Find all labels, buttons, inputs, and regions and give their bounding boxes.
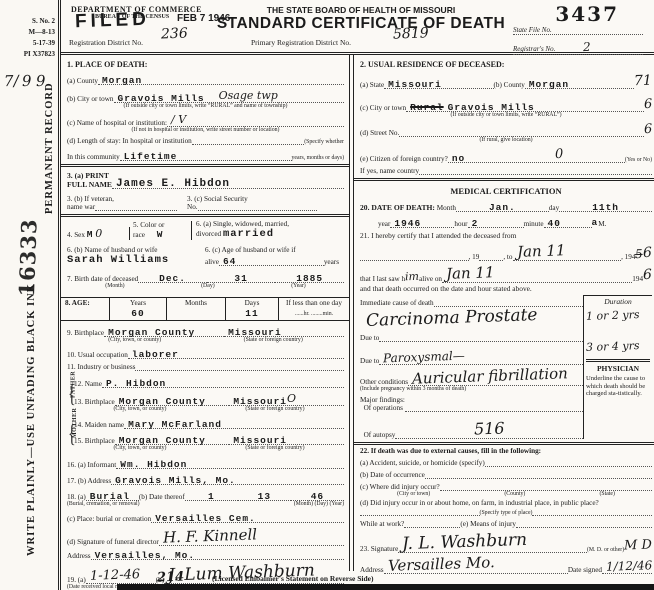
- underline-instruction: Underline the cause to which death shoul…: [586, 375, 650, 398]
- citizen-handwritten: 0: [555, 147, 564, 162]
- birthplace-city: Morgan County: [108, 327, 195, 338]
- section-birthplace-occupation: 9. Birthplace Morgan County Missouri (Ci…: [61, 321, 349, 374]
- registration-district-label: Registration District No.: [69, 38, 143, 47]
- burial-place-label: (c) Place: burial or cremation: [67, 515, 151, 523]
- print-name-label-2: FULL NAME: [67, 180, 112, 189]
- dod-ampm: a: [592, 217, 599, 228]
- certify-line-1: 21. I hereby certify that I attended the…: [360, 232, 652, 240]
- primary-district-label: Primary Registration District No.: [251, 38, 351, 47]
- informant-value: Wm. Hibdon: [120, 459, 187, 470]
- birthplace-state: Missouri: [228, 327, 282, 338]
- veteran-label-2: name war: [67, 203, 95, 211]
- attended-to-date: Jan 11: [516, 241, 565, 261]
- res-county-label: (b) County: [494, 81, 525, 89]
- injury-county-note: (County): [504, 491, 525, 497]
- to-label: , to: [503, 253, 512, 261]
- father-name-label: 12. Name: [74, 380, 102, 388]
- duration-label: Duration: [586, 297, 650, 306]
- res-county-handwritten: 71: [634, 73, 652, 90]
- father-birthplace-handwritten: O: [287, 392, 296, 405]
- margin-strip: S. No. 2 M—8-13 5-17-39 PI X37823 7/ 9 9…: [0, 0, 58, 590]
- spouse-label: 6. (b) Name of husband or wife: [67, 246, 157, 254]
- registrar-number: 2: [583, 40, 591, 54]
- community-label: In this community: [67, 153, 120, 161]
- res-county-value: Morgan: [529, 79, 569, 90]
- funeral-address-value: Versailles, Mo.: [95, 550, 196, 561]
- last-seen-date: Jan 11: [446, 263, 495, 283]
- death-certificate-scan: S. No. 2 M—8-13 5-17-39 PI X37823 7/ 9 9…: [0, 0, 654, 590]
- county-value: Morgan: [102, 75, 142, 86]
- left-column: 1. PLACE OF DEATH: (a) County Morgan (b)…: [61, 55, 349, 583]
- burial-place-value: Versailles Cem.: [155, 513, 256, 524]
- autopsy-label: Of autopsy: [364, 431, 396, 439]
- sex-value: M: [87, 229, 94, 240]
- marital-label-1: 6. (a) Single, widowed, married,: [196, 220, 289, 228]
- county-label: (a) County: [67, 77, 98, 85]
- md-note: (M. D. or other): [587, 547, 624, 553]
- dod-month-label: Month: [437, 204, 456, 212]
- color-value: W: [157, 229, 164, 240]
- dod-m-label: M.: [598, 220, 606, 228]
- margin-handwritten-marks: 7/ 9 9: [4, 66, 45, 97]
- father-block: FATHER { 12. Name P. Hibdon 13. Birthpla…: [61, 374, 349, 415]
- birthdate-day: 31: [234, 273, 247, 284]
- injury-state-note: (State): [599, 491, 614, 497]
- specify-note-2: years, months or days): [292, 155, 344, 161]
- marital-label-2: divorced: [196, 230, 221, 238]
- spouse-age-label-1: 6. (c) Age of husband or wife if: [205, 246, 296, 254]
- margin-vertical-text: WRITE PLAINLY—USE UNFADING BLACK INK: [26, 283, 37, 556]
- year-print: , 194: [621, 253, 635, 261]
- section-place-of-death: 1. PLACE OF DEATH: (a) County Morgan (b)…: [61, 55, 349, 164]
- color-label-1: 5. Color or: [133, 221, 164, 229]
- md-handwritten: M D: [624, 538, 652, 554]
- mother-brace: {: [68, 403, 76, 465]
- state-label: (a) State: [360, 81, 384, 89]
- dod-day: 11th: [592, 202, 619, 213]
- medical-certification-title: MEDICAL CERTIFICATION: [360, 186, 652, 196]
- funeral-director-label: (d) Signature of funeral director: [67, 538, 159, 546]
- spouse-age-value: 64: [223, 256, 236, 267]
- mother-maiden-value: Mary McFarland: [128, 419, 222, 430]
- physician-label: PHYSICIAN: [586, 359, 650, 373]
- occurred-line: and that death occurred on the date and …: [360, 285, 652, 293]
- street-handwritten: 6: [643, 122, 652, 137]
- scan-edge-bar: [117, 584, 654, 590]
- full-name-value: James E. Hibdon: [116, 178, 230, 190]
- immediate-cause-value: Carcinoma Prostate: [366, 305, 538, 331]
- form-code: S. No. 2: [24, 16, 55, 27]
- date-signed-value: 1/12/46: [606, 558, 653, 574]
- place-type-note: (Specify type of place): [480, 510, 533, 516]
- marital-value: married: [223, 228, 274, 240]
- burial-label: 18. (a): [67, 493, 86, 501]
- duration-value-2: 3 or 4 yrs: [586, 339, 640, 354]
- occupation-label: 10. Usual occupation: [67, 351, 128, 359]
- date-signed-label: Date signed: [568, 566, 602, 574]
- paroxysmal-handwritten: Paroxysmal—: [383, 349, 465, 366]
- color-label-2: race: [133, 231, 145, 239]
- physician-signature-label: 23. Signature: [360, 545, 398, 553]
- immediate-cause-label: Immediate cause of death: [360, 299, 434, 307]
- min-label: min.: [323, 311, 333, 317]
- physician-address-value: Versailles Mo.: [387, 553, 494, 575]
- embalmer-note: (Licensed Embalmer's Statement on Revers…: [212, 574, 373, 583]
- res-city-label: (c) City or town: [360, 104, 406, 112]
- spouse-name-value: Sarah Williams: [67, 254, 169, 266]
- res-city-struck: Rural: [410, 102, 444, 113]
- age-years-value: 60: [114, 308, 162, 319]
- spouse-age-unit: years: [324, 258, 339, 266]
- community-value: Lifetime: [124, 151, 178, 162]
- dod-year: 1946: [394, 218, 421, 229]
- mother-block: MOTHER { 14. Maiden name Mary McFarland …: [61, 415, 349, 454]
- citizen-value: no: [452, 153, 465, 164]
- sex-label: 4. Sex: [67, 231, 85, 239]
- section-personal: 4. Sex M 0 5. Color or race W 6. (a) Sin…: [61, 217, 349, 292]
- father-name-value: P. Hibdon: [106, 378, 166, 389]
- day-note: (Day): [201, 283, 215, 289]
- state-file-label: State File No.: [513, 26, 643, 35]
- section22-title: 22. If death was due to external causes,…: [360, 447, 652, 455]
- margin-vertical-text-2: PERMANENT RECORD: [44, 82, 55, 214]
- specify-note-1: (Specify whether: [304, 139, 344, 145]
- other-conditions-value: Auricular fibrillation: [412, 365, 568, 388]
- received-label: 19. (a): [67, 576, 86, 584]
- right-column: 2. USUAL RESIDENCE OF DECEASED: (a) Stat…: [354, 55, 654, 583]
- street-label: (d) Street No.: [360, 129, 399, 137]
- form-code: M—8-13: [24, 27, 55, 38]
- age-less-label: If less than one day: [286, 299, 342, 307]
- primary-district-number: 5819: [393, 25, 429, 42]
- alive-on-label: alive on: [419, 275, 442, 283]
- major-findings-label: Major findings:: [360, 396, 405, 404]
- due-to-label-1: Due to: [360, 334, 379, 342]
- mother-birthplace-city: Morgan County: [119, 435, 206, 446]
- mother-birthplace-label: 15. Birthplace: [74, 437, 115, 445]
- mother-birthplace-state: Missouri: [233, 435, 287, 446]
- age-label: 8. AGE:: [65, 299, 90, 307]
- father-birthplace-city: Morgan County: [119, 396, 206, 407]
- form-codes: S. No. 2 M—8-13 5-17-39 PI X37823: [24, 16, 55, 60]
- dod-day-label: day: [549, 204, 559, 212]
- filed-stamp: FILED: [75, 9, 151, 34]
- state-file-number: 3437: [555, 2, 619, 26]
- dod-hour: 2: [472, 218, 479, 229]
- dod-hour-label: hour: [454, 220, 467, 228]
- footer-row: 214 (Licensed Embalmer's Statement on Re…: [157, 570, 373, 585]
- him-handwritten: im: [405, 270, 419, 283]
- hospital-handwritten-marks: / V: [171, 113, 186, 126]
- other-conditions-note: (Include pregnancy within 3 months of de…: [360, 386, 583, 392]
- ssn-label-1: 3. (c) Social Security: [187, 195, 248, 203]
- handwritten-mark: 9: [22, 66, 33, 96]
- burial-month: 1: [208, 491, 215, 502]
- last-saw-label: that I last saw h: [360, 275, 405, 283]
- cause-of-death-block: Immediate cause of death Carcinoma Prost…: [360, 295, 652, 439]
- mother-maiden-label: 14. Maiden name: [74, 421, 124, 429]
- informant-address-label: 17. (b) Address: [67, 477, 111, 485]
- due-to-label-2: Due to: [360, 357, 379, 365]
- occupation-value: laborer: [132, 349, 179, 360]
- while-at-work-label: While at work?: [360, 520, 404, 528]
- section-full-name: 3. (a) PRINTFULL NAME James E. Hibdon 3.…: [61, 167, 349, 214]
- burial-day: 13: [258, 491, 271, 502]
- city-label: (b) City or town: [67, 95, 114, 103]
- age-table: 8. AGE: Years 60 Months Days 11 If less …: [61, 297, 349, 321]
- birthdate-month: Dec.: [159, 273, 186, 284]
- age-months-label: Months: [185, 299, 207, 307]
- year-handwritten-2: 6: [643, 267, 652, 283]
- print-name-label-1: 3. (a) PRINT: [67, 171, 109, 180]
- date-received-value: 1-12-46: [90, 567, 141, 584]
- hospital-note: (If not in hospital or institution, writ…: [67, 127, 344, 133]
- accident-label: (a) Accident, suicide, or homicide (spec…: [360, 459, 485, 467]
- blank-19: , 19: [469, 253, 480, 261]
- section-residence: 2. USUAL RESIDENCE OF DECEASED: (a) Stat…: [354, 55, 654, 178]
- hr-label: hr.: [304, 311, 310, 317]
- board-title: THE STATE BOARD OF HEALTH OF MISSOURI: [211, 5, 511, 15]
- father-birthplace-label: 13. Birthplace: [74, 398, 115, 406]
- month-note: (Month): [105, 283, 124, 289]
- dod-minute-label: minute: [524, 220, 544, 228]
- length-of-stay-label: (d) Length of stay: In hospital or insti…: [67, 137, 192, 145]
- handwritten-mark: 7/: [3, 66, 19, 96]
- physician-signature: J. L. Washburn: [402, 530, 528, 554]
- file-number-stamp: 16333: [14, 218, 42, 297]
- age-days-label: Days: [245, 299, 260, 307]
- city-note: (If outside city or town limits, write “…: [67, 103, 344, 109]
- injury-city-note: (City or town): [397, 491, 430, 497]
- year-handwritten-1: 6: [643, 245, 652, 261]
- registration-district-number: 236: [161, 26, 188, 43]
- informant-address-value: Gravois Mills, Mo.: [115, 475, 236, 486]
- funeral-director-signature: H. F. Kinnell: [163, 525, 258, 546]
- date-thereof-label: (b) Date thereof: [139, 493, 185, 501]
- injury-home-label: (d) Did injury occur in or about home, o…: [360, 499, 652, 507]
- section1-title: 1. PLACE OF DEATH:: [67, 60, 344, 69]
- dod-year-label: year: [378, 220, 390, 228]
- funeral-address-label: Address: [67, 552, 91, 560]
- registrar-number-row: Registrar's No.2: [513, 40, 643, 55]
- autopsy-handwritten: 516: [474, 419, 505, 439]
- citizen-note: (Yes or No): [625, 157, 652, 163]
- section-external-causes: 22. If death was due to external causes,…: [354, 445, 654, 577]
- birthdate-label: 7. Birth date of deceased: [67, 275, 138, 283]
- res-city-value: Gravois Mills: [448, 102, 535, 113]
- duration-value-1: 1 or 2 yrs: [586, 308, 640, 323]
- dod-minute: 40: [548, 218, 561, 229]
- burial-value: Burial: [90, 491, 130, 502]
- certificate-form: DEPARTMENT OF COMMERCE BUREAU OF THE CEN…: [58, 0, 654, 590]
- section2-title: 2. USUAL RESIDENCE OF DECEASED:: [360, 60, 652, 69]
- city-handwritten-note: Osage twp: [219, 89, 278, 102]
- name-country-label: If yes, name country: [360, 167, 419, 175]
- burial-year-note: (Year): [329, 501, 344, 507]
- age-years-label: Years: [130, 299, 146, 307]
- date-of-death-label: 20. DATE OF DEATH:: [360, 203, 435, 212]
- operations-label: Of operations: [364, 404, 403, 412]
- hospital-label: (c) Name of hospital or institution:: [67, 119, 167, 127]
- section-medical: MEDICAL CERTIFICATION 20. DATE OF DEATH:…: [354, 181, 654, 442]
- means-of-injury-label: (e) Means of injury: [460, 520, 516, 528]
- spouse-age-label-2: alive: [205, 258, 219, 266]
- age-days-value: 11: [230, 308, 274, 319]
- father-birthplace-state: Missouri: [233, 396, 287, 407]
- form-code: PI X37823: [24, 49, 55, 60]
- form-code: 5-17-39: [24, 38, 55, 49]
- registrar-label: Registrar's No.: [513, 45, 555, 53]
- certificate-title: STANDARD CERTIFICATE OF DEATH: [191, 15, 531, 33]
- state-value: Missouri: [388, 79, 442, 90]
- citizen-label: (e) Citizen of foreign country?: [360, 155, 448, 163]
- sex-handwritten: 0: [95, 227, 102, 240]
- dod-month: Jan.: [489, 202, 516, 213]
- form-header: DEPARTMENT OF COMMERCE BUREAU OF THE CEN…: [61, 0, 654, 55]
- city-value: Gravois Mills: [118, 93, 205, 104]
- burial-year: 46: [311, 491, 324, 502]
- veteran-label-1: 3. (b) If veteran,: [67, 195, 114, 203]
- res-city-handwritten: 6: [643, 97, 652, 112]
- occurrence-date-label: (b) Date of occurrence: [360, 471, 425, 479]
- industry-label: 11. Industry or business: [67, 363, 135, 371]
- form-columns: 1. PLACE OF DEATH: (a) County Morgan (b)…: [61, 55, 654, 583]
- birthdate-year: 1885: [296, 273, 323, 284]
- birthplace-label: 9. Birthplace: [67, 329, 104, 337]
- year-print-2: 194: [632, 275, 643, 283]
- street-note: (If rural, give location): [360, 137, 652, 143]
- ssn-label-2: No.: [187, 203, 198, 211]
- duration-column: Duration 1 or 2 yrs 3 or 4 yrs PHYSICIAN…: [583, 295, 652, 439]
